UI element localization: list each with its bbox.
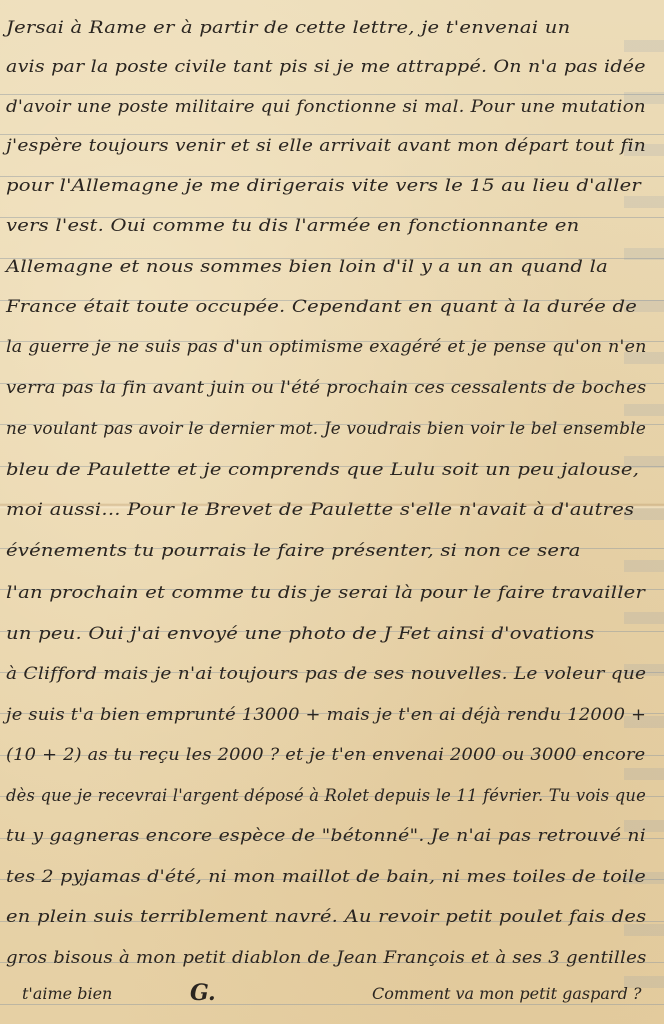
letter-line: (10 + 2) as tu reçu les 2000 ? et je t'e… [6, 745, 645, 765]
letter-line: bleu de Paulette et je comprends que Lul… [6, 460, 639, 480]
letter-body: Jersai à Rame er à partir de cette lettr… [0, 0, 664, 1024]
letter-line: la guerre je ne suis pas d'un optimisme … [6, 337, 647, 357]
letter-line: ne voulant pas avoir le dernier mot. Je … [6, 419, 646, 439]
letter-line: moi aussi... Pour le Brevet de Paulette … [6, 500, 634, 520]
letter-line: Jersai à Rame er à partir de cette lettr… [6, 18, 570, 38]
letter-line: verra pas la fin avant juin ou l'été pro… [6, 378, 646, 398]
letter-footer: t'aime bien G. Comment va mon petit gasp… [0, 980, 664, 1010]
postscript: Comment va mon petit gaspard ? [372, 984, 641, 1003]
letter-line: dès que je recevrai l'argent déposé à Ro… [6, 786, 646, 806]
letter-line: événements tu pourrais le faire présente… [6, 541, 581, 561]
letter-line: Allemagne et nous sommes bien loin d'il … [6, 257, 608, 277]
letter-line: tes 2 pyjamas d'été, ni mon maillot de b… [6, 867, 646, 887]
letter-line: France était toute occupée. Cependant en… [6, 297, 637, 317]
letter-line: l'an prochain et comme tu dis je serai l… [6, 583, 645, 603]
letter-line: tu y gagneras encore espèce de "bétonné"… [6, 826, 646, 846]
closing-text: t'aime bien [22, 984, 112, 1003]
letter-line: à Clifford mais je n'ai toujours pas de … [6, 664, 646, 684]
letter-line: un peu. Oui j'ai envoyé une photo de J F… [6, 624, 595, 644]
letter-line: pour l'Allemagne je me dirigerais vite v… [6, 176, 641, 196]
letter-line: j'espère toujours venir et si elle arriv… [6, 136, 646, 156]
letter-line: gros bisous à mon petit diablon de Jean … [6, 948, 646, 968]
letter-line: vers l'est. Oui comme tu dis l'armée en … [6, 216, 580, 236]
letter-page: Jersai à Rame er à partir de cette lettr… [0, 0, 664, 1024]
letter-line: d'avoir une poste militaire qui fonction… [6, 97, 646, 117]
signature: G. [190, 980, 216, 1006]
letter-line: en plein suis terriblement navré. Au rev… [6, 907, 646, 927]
letter-line: je suis t'a bien emprunté 13000 + mais j… [6, 705, 646, 725]
letter-line: avis par la poste civile tant pis si je … [6, 57, 646, 77]
